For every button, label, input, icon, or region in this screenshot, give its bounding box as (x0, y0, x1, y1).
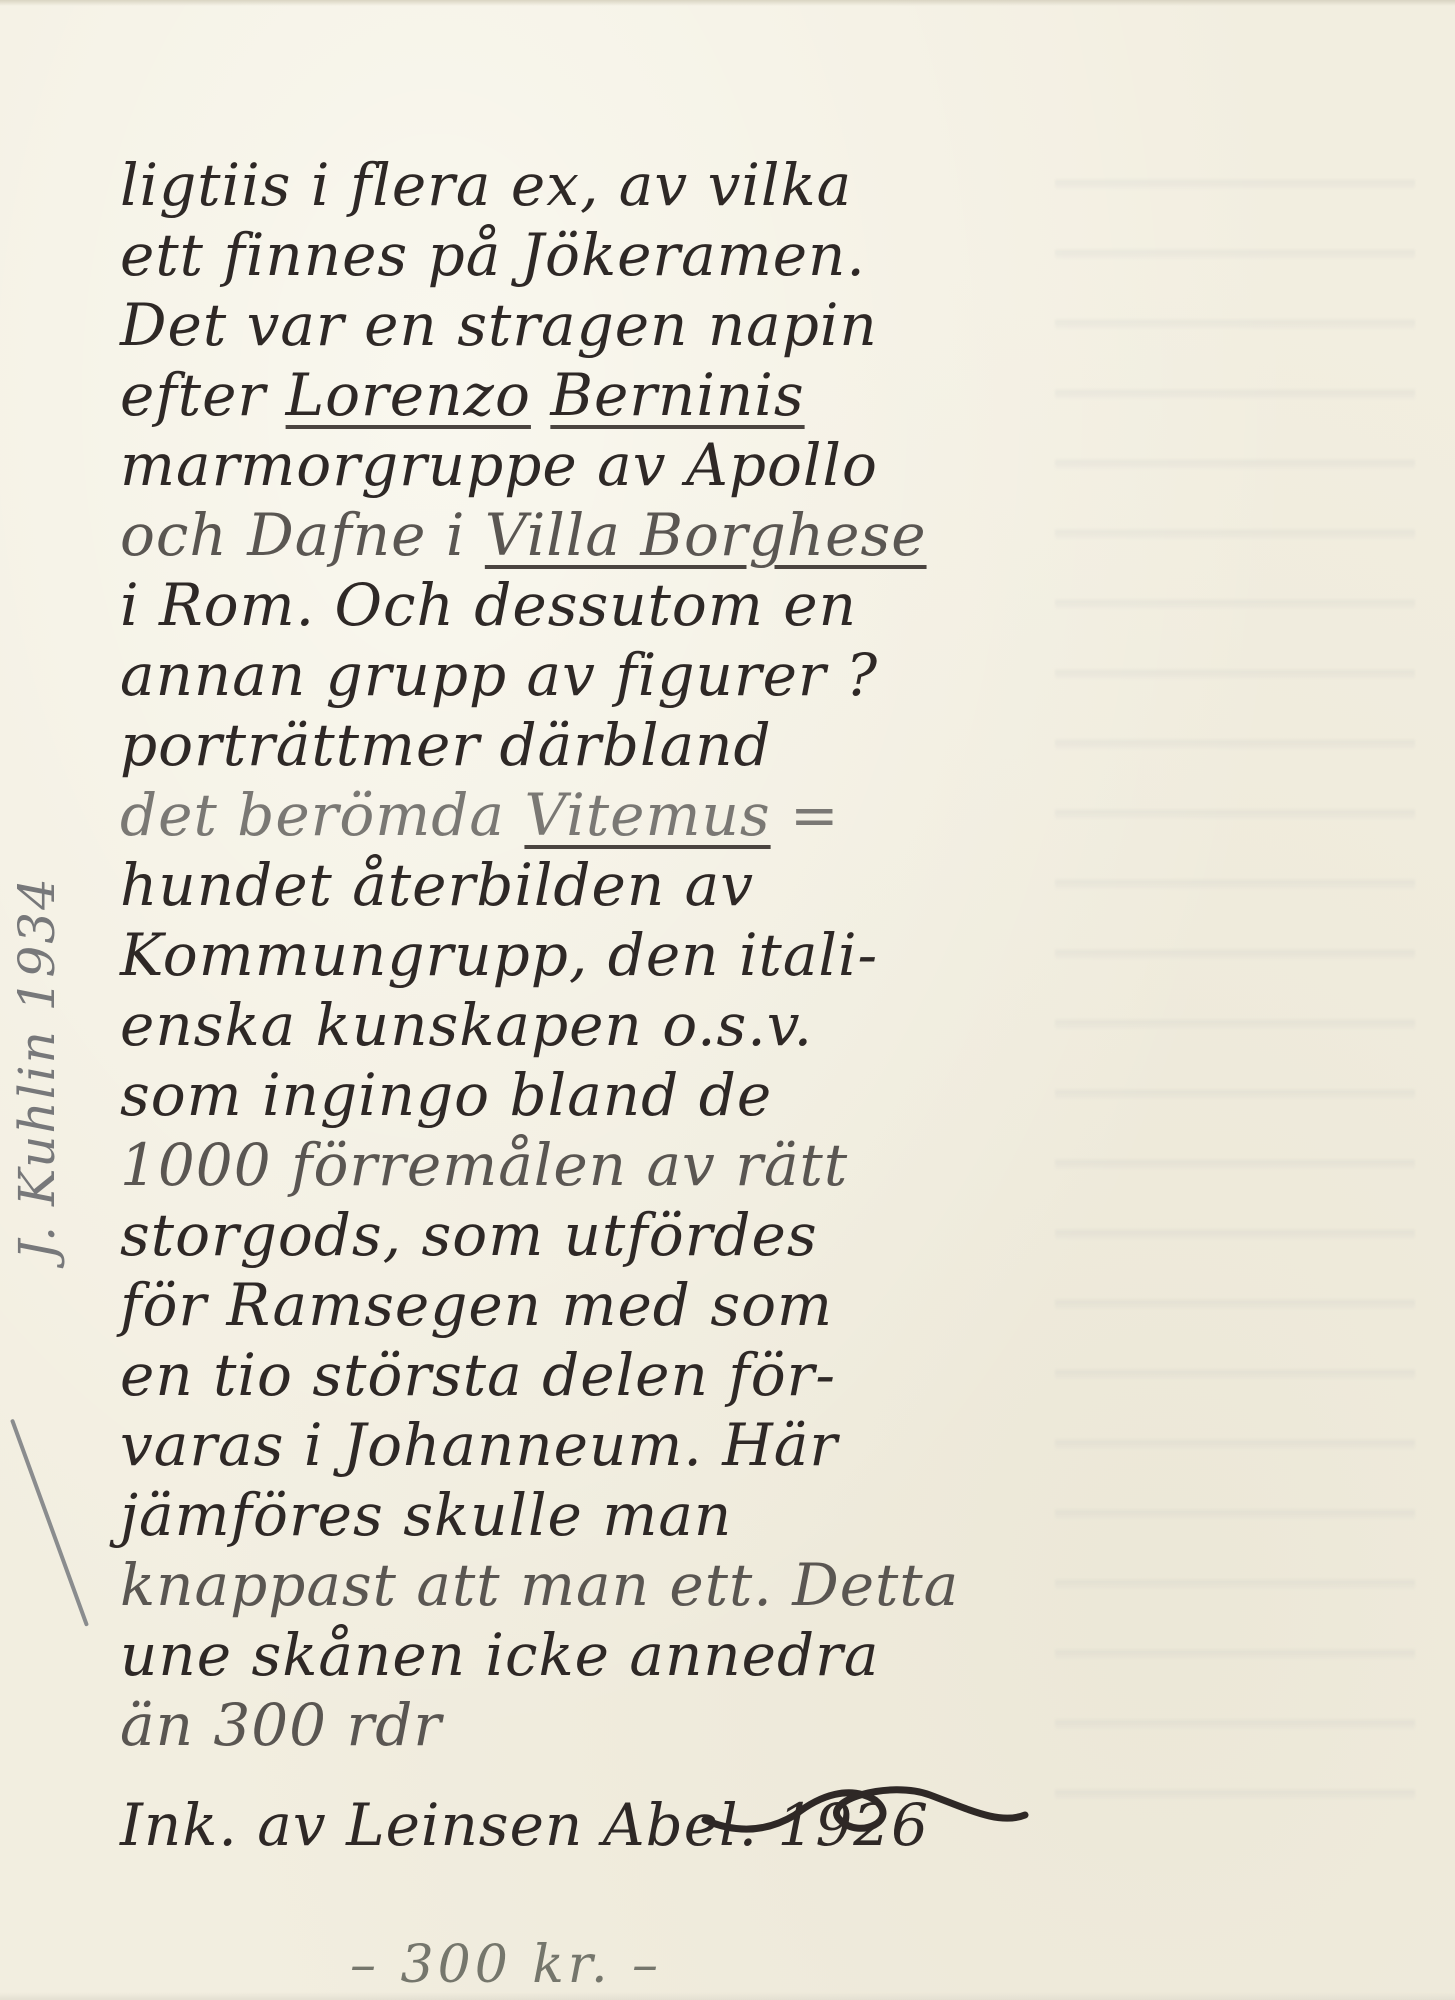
manuscript-line-12: Kommungrupp, den itali- (120, 920, 878, 990)
manuscript-line-17: för Ramsegen med som (120, 1270, 833, 1340)
underlined-name-berninis: Berninis (550, 361, 804, 429)
line-10-suffix: = (771, 781, 840, 849)
ink-show-through (1055, 120, 1415, 1820)
underlined-vitemus: Vitemus (524, 781, 770, 849)
manuscript-line-5: marmorgruppe av Apollo (120, 430, 878, 500)
manuscript-line-8: annan grupp av figurer ? (120, 640, 878, 710)
line-4-space (531, 361, 550, 429)
manuscript-line-3: Det var en stragen napin (120, 290, 878, 360)
manuscript-line-18: en tio största delen för- (120, 1340, 836, 1410)
manuscript-line-13: enska kunskapen o.s.v. (120, 990, 813, 1060)
manuscript-line-11: hundet återbilden av (120, 850, 754, 920)
line-4-prefix: efter (120, 361, 286, 429)
manuscript-line-2: ett finnes på Jökeramen. (120, 220, 866, 290)
manuscript-line-19: varas i Johanneum. Här (120, 1410, 838, 1480)
manuscript-line-23: än 300 rdr (120, 1690, 442, 1760)
page-bottom-edge (0, 1992, 1455, 2000)
manuscript-line-4: efter Lorenzo Berninis (120, 360, 805, 430)
manuscript-line-10: det berömda Vitemus = (120, 780, 840, 850)
manuscript-line-6: och Dafne i Villa Borghese (120, 500, 927, 570)
margin-annotation: J. Kuhlin 1934 (8, 876, 66, 1260)
line-10-prefix: det berömda (120, 781, 524, 849)
manuscript-line-9: porträttmer därbland (120, 710, 772, 780)
underlined-name-lorenzo: Lorenzo (286, 361, 531, 429)
line-6-prefix: och Dafne i (120, 501, 485, 569)
signature-flourish-icon (700, 1775, 1030, 1845)
manuscript-line-16: storgods, som utfördes (120, 1200, 818, 1270)
page-top-edge (0, 0, 1455, 6)
manuscript-line-22: une skånen icke annedra (120, 1620, 879, 1690)
manuscript-line-20: jämföres skulle man (120, 1480, 732, 1550)
footer-price: – 300 kr. – (350, 1935, 662, 1995)
manuscript-line-21: knappast att man ett. Detta (120, 1550, 959, 1620)
manuscript-line-14: som ingingo bland de (120, 1060, 772, 1130)
manuscript-line-1: ligtiis i flera ex, av vilka (120, 150, 852, 220)
manuscript-line-15: 1000 förremålen av rätt (120, 1130, 848, 1200)
underlined-villa-borghese: Villa Borghese (485, 501, 927, 569)
manuscript-line-7: i Rom. Och dessutom en (120, 570, 857, 640)
